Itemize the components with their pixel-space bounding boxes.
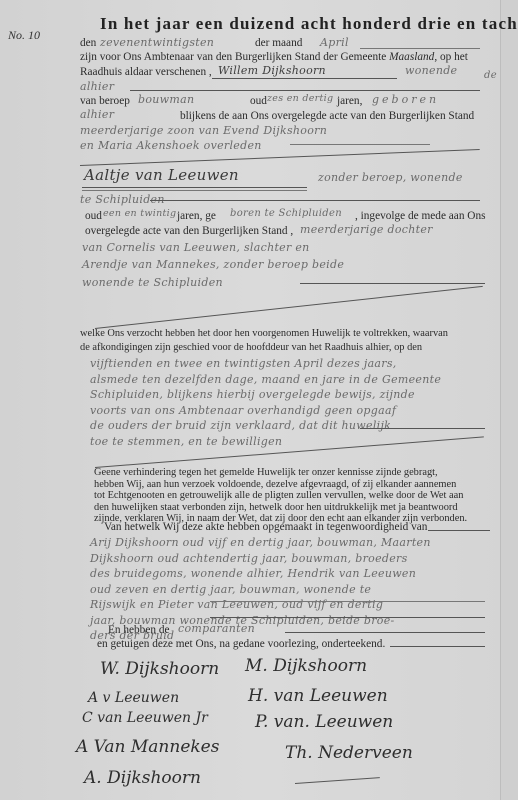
groom-parents-1: meerderjarige zoon van Evend Dijkshoorn: [80, 124, 327, 137]
groom-underline: [212, 78, 397, 79]
signature-bride-father: C van Leeuwen Jr: [82, 710, 208, 726]
signature-witness-h: H. van Leeuwen: [248, 686, 388, 706]
handwritten-wonende: wonende: [405, 64, 457, 77]
signed-line-2: en getuigen deze met Ons, na gedane voor…: [97, 638, 385, 650]
page-edge: [500, 0, 518, 800]
printed-ambtenaar: zijn voor Ons Ambtenaar van den Burgerli…: [80, 51, 468, 63]
rule: [290, 144, 430, 145]
printed-beroep: van beroep: [80, 95, 130, 107]
witness-intro: Van hetwelk Wij deze akte hebben opgemaa…: [104, 521, 427, 533]
rule: [428, 530, 490, 531]
proclamation-line: vijftienden en twee en twintigsten April…: [90, 356, 441, 372]
handwritten-alhier: alhier: [80, 80, 114, 93]
bride-birthplace: boren te Schipluiden: [230, 208, 342, 219]
witness-line: Rijswijk en Pieter van Leeuwen, oud vijf…: [90, 597, 431, 613]
printed-text: zijn voor Ons Ambtenaar van den Burgerli…: [80, 51, 386, 63]
signature-flourish: [295, 777, 380, 784]
groom-birthplace: alhier: [80, 108, 114, 121]
bride-underline: [82, 187, 307, 188]
signature-groom: W. Dijkshoorn: [100, 659, 219, 679]
bride-details: zonder beroep, wonende: [318, 171, 463, 184]
printed-jaren: jaren,: [337, 95, 362, 107]
printed-blijkens: blijkens de aan Ons overgelegde acte van…: [180, 110, 474, 122]
printed-oud-bride: oud: [85, 210, 102, 222]
document-page: No. 10 In het jaar een duizend acht hond…: [0, 0, 518, 800]
bride-underline-2: [82, 190, 307, 191]
handwritten-month: April: [320, 36, 349, 49]
printed-ingevolge: , ingevolge de mede aan Ons: [355, 210, 486, 222]
proclamation-handwritten: vijftienden en twee en twintigsten April…: [90, 356, 441, 449]
bride-age: een en twintig: [103, 208, 176, 219]
rule: [150, 200, 480, 201]
printed-text: En hebben de: [108, 624, 169, 636]
proclamation-line: Schipluiden, blijkens hierbij overgelegd…: [90, 387, 441, 403]
declaration-line: Geene verhindering tegen het gemelde Huw…: [94, 467, 494, 479]
groom-occupation: bouwman: [138, 93, 194, 106]
declaration-line: tot Echtgenooten en getrouwelijk alle de…: [94, 490, 494, 502]
bride-father: van Cornelis van Leeuwen, slachter en: [82, 241, 310, 254]
signature-witness-m: M. Dijkshoorn: [245, 656, 367, 676]
printed-overgelegde: overgelegde acte van den Burgerlijken St…: [85, 225, 293, 237]
rule: [360, 48, 480, 49]
groom-age: zes en dertig: [267, 93, 333, 104]
proclamation-line: alsmede ten dezelfden dage, maand en jar…: [90, 372, 441, 388]
rule: [210, 601, 485, 602]
printed-jaren-ge: jaren, ge: [177, 210, 216, 222]
declaration-line: hebben Wij, aan hun verzoek voldoende, d…: [94, 479, 494, 491]
municipality: Maasland: [389, 51, 434, 63]
rule: [210, 617, 485, 618]
request-paragraph: welke Ons verzocht hebben het door hen v…: [80, 327, 485, 355]
printed-text: , op het: [434, 51, 468, 63]
document-heading: In het jaar een duizend acht honderd dri…: [100, 14, 518, 34]
signature-bride: A v Leeuwen: [88, 690, 179, 706]
bride-name: Aaltje van Leeuwen: [84, 166, 239, 184]
request-line: welke Ons verzocht hebben het door hen v…: [80, 327, 485, 341]
declaration-line: den huwelijken staat verbonden zijn, het…: [94, 502, 494, 514]
proclamation-line: de ouders der bruid zijn verklaard, dat …: [90, 418, 441, 434]
printed-den: den: [80, 37, 96, 49]
signature-registrar: Th. Nederveen: [285, 743, 413, 763]
handwritten-geboren: geboren: [372, 93, 439, 106]
printed-raadhuis: Raadhuis aldaar verschenen ,: [80, 66, 212, 78]
printed-oud: oud: [250, 95, 267, 107]
record-number: No. 10: [8, 28, 40, 43]
bride-mother: Arendje van Mannekes, zonder beroep beid…: [82, 258, 344, 271]
handwritten-day: zevenentwintigsten: [100, 36, 214, 49]
witness-line: Dijkshoorn oud achtendertig jaar, bouwma…: [90, 551, 431, 567]
declaration-paragraph: Geene verhindering tegen het gemelde Huw…: [94, 467, 494, 525]
bride-daughter: meerderjarige dochter: [300, 223, 433, 236]
witness-line: oud zeven en dertig jaar, bouwman, wonen…: [90, 582, 431, 598]
comparanten: comparanten: [178, 622, 255, 635]
witness-line: des bruidegoms, wonende alhier, Hendrik …: [90, 566, 431, 582]
request-line: de afkondigingen zijn geschied voor de h…: [80, 341, 485, 355]
signature-bride-mother: A Van Mannekes: [76, 737, 219, 757]
rule: [360, 428, 485, 429]
cross-line: [95, 286, 483, 329]
bride-parents-residence: wonende te Schipluiden: [82, 276, 223, 289]
proclamation-line: toe te stemmen, en te bewilligen: [90, 434, 441, 450]
groom-parents-2: en Maria Akenshoek overleden: [80, 139, 262, 152]
rule: [390, 646, 485, 647]
printed-maand: der maand: [255, 37, 302, 49]
rule: [300, 283, 485, 284]
groom-name: Willem Dijkshoorn: [218, 64, 326, 77]
signed-line-1: En hebben de: [108, 624, 169, 636]
rule: [130, 90, 480, 91]
signature-witness-a: A. Dijkshoorn: [84, 768, 201, 788]
proclamation-line: voorts van ons Ambtenaar overhandigd gee…: [90, 403, 441, 419]
margin-note: de: [484, 70, 497, 81]
signature-witness-p: P. van. Leeuwen: [255, 712, 393, 732]
rule: [285, 632, 485, 633]
witness-line: Arij Dijkshoorn oud vijf en dertig jaar,…: [90, 535, 431, 551]
